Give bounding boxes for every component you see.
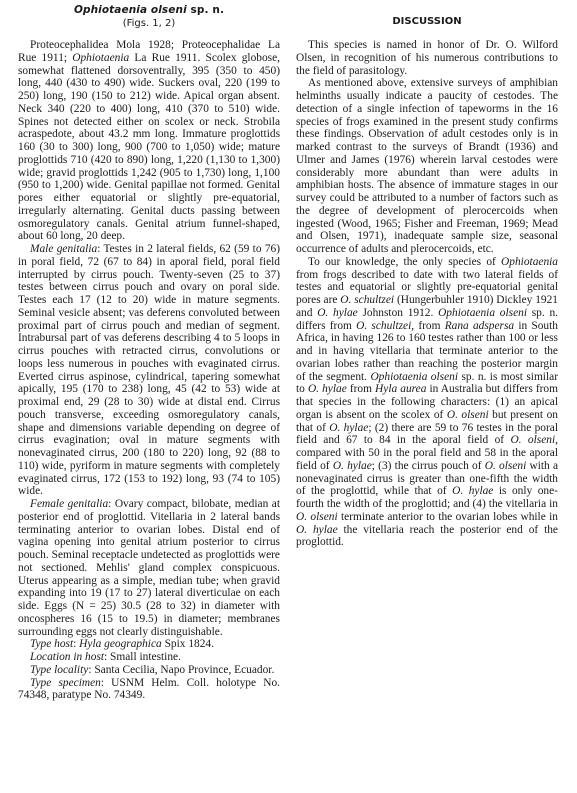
italic-text: Hyla geographica (79, 638, 162, 650)
italic-text: Male genitalia (30, 243, 97, 255)
paragraph-male-genitalia: Male genitalia: Testes in 2 lateral fiel… (18, 243, 280, 498)
italic-text: O. olseni (296, 511, 338, 523)
paragraph-female-genitalia: Female genitalia: Ovary compact, bilobat… (18, 498, 280, 638)
species-name: Ophiotaenia olseni (74, 4, 187, 16)
species-suffix: sp. n. (187, 4, 224, 16)
italic-text: O. olseni (485, 460, 527, 472)
italic-text: Type specimen (30, 677, 101, 689)
italic-text: O. hylae (333, 460, 372, 472)
italic-text: Ophiotaenia (501, 256, 558, 268)
italic-text: Type locality (30, 664, 88, 676)
paragraph-surveys: As mentioned above, extensive surveys of… (296, 77, 558, 256)
paragraph-comparison: To our knowledge, the only species of Op… (296, 256, 558, 549)
italic-text: O. hylae (308, 383, 347, 395)
italic-text: Location in host (30, 651, 104, 663)
italic-text: O. schultzei (356, 320, 411, 332)
italic-text: Ophiotaenia olseni (370, 371, 458, 383)
italic-text: Ophiotaenia olseni (438, 307, 527, 319)
italic-text: Hyla aurea (375, 383, 426, 395)
italic-text: O. hylae (452, 485, 493, 497)
italic-text: O. olseni (447, 409, 489, 421)
paragraph-type-locality: Type locality: Santa Cecilia, Napo Provi… (18, 664, 280, 677)
italic-text: Rana adspersa (445, 320, 514, 332)
paragraph-dedication: This species is named in honor of Dr. O.… (296, 39, 558, 77)
paragraph-type-host: Type host: Hyla geographica Spix 1824. (18, 638, 280, 651)
italic-text: O. schultzei (340, 294, 394, 306)
italic-text: O. hylae (296, 524, 338, 536)
italic-text: Type host (30, 638, 73, 650)
paragraph-type-specimen: Type specimen: USNM Helm. Coll. holotype… (18, 677, 280, 703)
discussion-body: This species is named in honor of Dr. O.… (296, 39, 558, 549)
italic-text: O. hylae (317, 307, 358, 319)
paragraph-taxonomy: Proteocephalidea Mola 1928; Proteocephal… (18, 39, 280, 243)
italic-text: Female genitalia (30, 498, 108, 510)
description-body: Proteocephalidea Mola 1928; Proteocephal… (18, 39, 280, 702)
species-title: Ophiotaenia olseni sp. n. (18, 4, 280, 16)
section-heading-discussion: DISCUSSION (296, 16, 558, 27)
figure-reference: (Figs. 1, 2) (18, 18, 280, 29)
italic-text: Ophiotaenia (72, 52, 129, 64)
paragraph-location-in-host: Location in host: Small intestine. (18, 651, 280, 664)
italic-text: O. olseni (510, 434, 555, 446)
italic-text: O. hylae (329, 422, 368, 434)
